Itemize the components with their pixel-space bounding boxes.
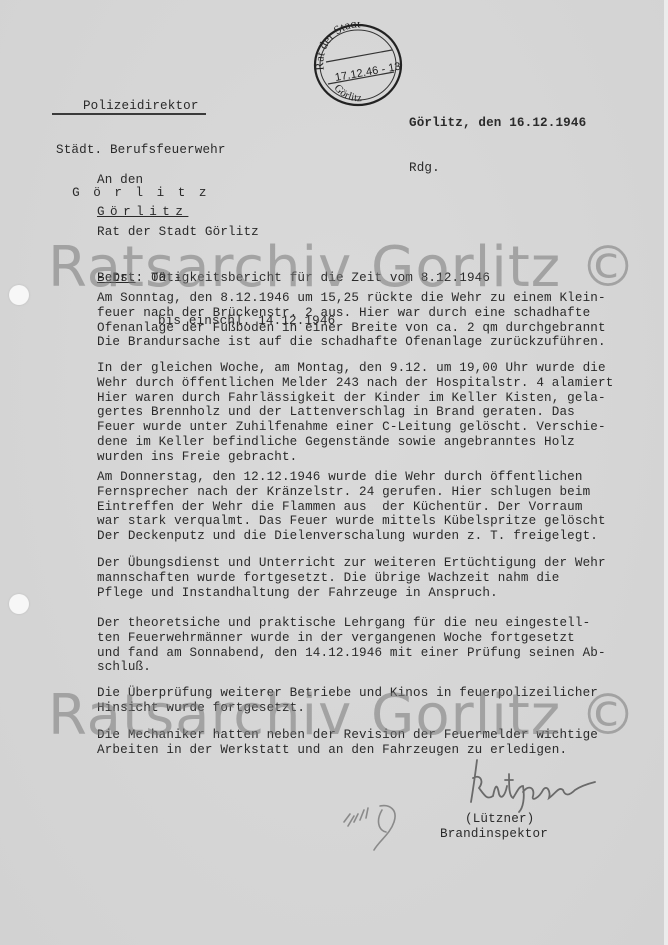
punch-hole-top (9, 285, 29, 305)
stamp-top-text: Rat der Stadt (312, 22, 361, 71)
text-line: gertes Brennholz und der Lattenverschlag… (97, 405, 613, 420)
paragraph-1: Am Sonntag, den 8.12.1946 um 15,25 rückt… (97, 291, 606, 350)
text-line: wurden ins Freie gebracht. (97, 450, 613, 465)
text-line: Der Übungsdienst und Unterricht zur weit… (97, 556, 606, 571)
handwritten-signature (465, 756, 605, 818)
text-line: Der Deckenputz und die Dielenverschalung… (97, 529, 606, 544)
recipient-line: Rat der Stadt Görlitz (97, 225, 259, 240)
text-line: Die Überprüfung weiterer Betriebe und Ki… (97, 686, 598, 701)
reference-code: Rdg. (409, 161, 586, 176)
text-line: Wehr durch öffentlichen Melder 243 nach … (97, 376, 613, 391)
sender-line: Polizeidirektor (56, 99, 226, 114)
paper-edge (664, 0, 668, 945)
text-line: Fernsprecher nach der Kränzelstr. 24 ger… (97, 485, 606, 500)
text-line: Eintreffen der Wehr die Flammen aus der … (97, 500, 606, 515)
text-line: mannschaften wurde fortgesetzt. Die übri… (97, 571, 606, 586)
text-line: Feuer wurde unter Zuhilfenahme einer C-L… (97, 420, 613, 435)
paragraph-2: In der gleichen Woche, am Montag, den 9.… (97, 361, 613, 465)
paragraph-7: Die Mechaniker hatten neben der Revision… (97, 728, 598, 758)
document-page: Polizeidirektor Städt. Berufsfeuerwehr G… (0, 0, 668, 945)
recipient-city: Görlitz (97, 205, 188, 219)
subject-line-1: : Tätigkeitsbericht für die Zeit vom 8.1… (136, 271, 491, 285)
paragraph-6: Die Überprüfung weiterer Betriebe und Ki… (97, 686, 598, 716)
text-line: ten Feuerwehrmänner wurde in der vergang… (97, 631, 606, 646)
subject-label: Betr. (97, 271, 136, 285)
text-line: Die Brandursache ist auf die schadhafte … (97, 335, 606, 350)
stamp-bottom-text: Görlitz (332, 82, 363, 104)
text-line: Die Mechaniker hatten neben der Revision… (97, 728, 598, 743)
text-line: Hier waren durch Fahrlässigkeit der Kind… (97, 391, 613, 406)
text-line: schluß. (97, 660, 606, 675)
text-line: Der theoretsiche und praktische Lehrgang… (97, 616, 606, 631)
text-line: Pflege und Instandhaltung der Fahrzeuge … (97, 586, 606, 601)
text-line: und fand am Sonnabend, den 14.12.1946 mi… (97, 646, 606, 661)
sender-underline (52, 113, 206, 115)
paragraph-5: Der theoretsiche und praktische Lehrgang… (97, 616, 606, 675)
text-line: Am Sonntag, den 8.12.1946 um 15,25 rückt… (97, 291, 606, 306)
paragraph-3: Am Donnerstag, den 12.12.1946 wurde die … (97, 470, 606, 544)
signatory-title: Brandinspektor (440, 827, 548, 841)
punch-hole-bottom (9, 594, 29, 614)
dateline: Görlitz, den 16.12.1946 Rdg. (409, 86, 586, 205)
text-line: dene im Keller befindliche Gegenstände s… (97, 435, 613, 450)
text-line: war stark verqualmt. Das Feuer wurde mit… (97, 514, 606, 529)
text-line: In der gleichen Woche, am Montag, den 9.… (97, 361, 613, 376)
place-date: Görlitz, den 16.12.1946 (409, 116, 586, 131)
handwritten-initials (336, 800, 416, 855)
text-line: Hinsicht wurde fortgesetzt. (97, 701, 598, 716)
paragraph-4: Der Übungsdienst und Unterricht zur weit… (97, 556, 606, 600)
text-line: Am Donnerstag, den 12.12.1946 wurde die … (97, 470, 606, 485)
text-line: Ofenanlage der Fußboden in einer Breite … (97, 321, 606, 336)
received-stamp: Rat der Stadt 17.12.46 - 13 Görlitz (312, 22, 404, 108)
recipient-line: An den (97, 173, 259, 188)
signatory-name: (Lützner) (465, 812, 534, 827)
text-line: feuer nach der Brückenstr. 2 aus. Hier w… (97, 306, 606, 321)
